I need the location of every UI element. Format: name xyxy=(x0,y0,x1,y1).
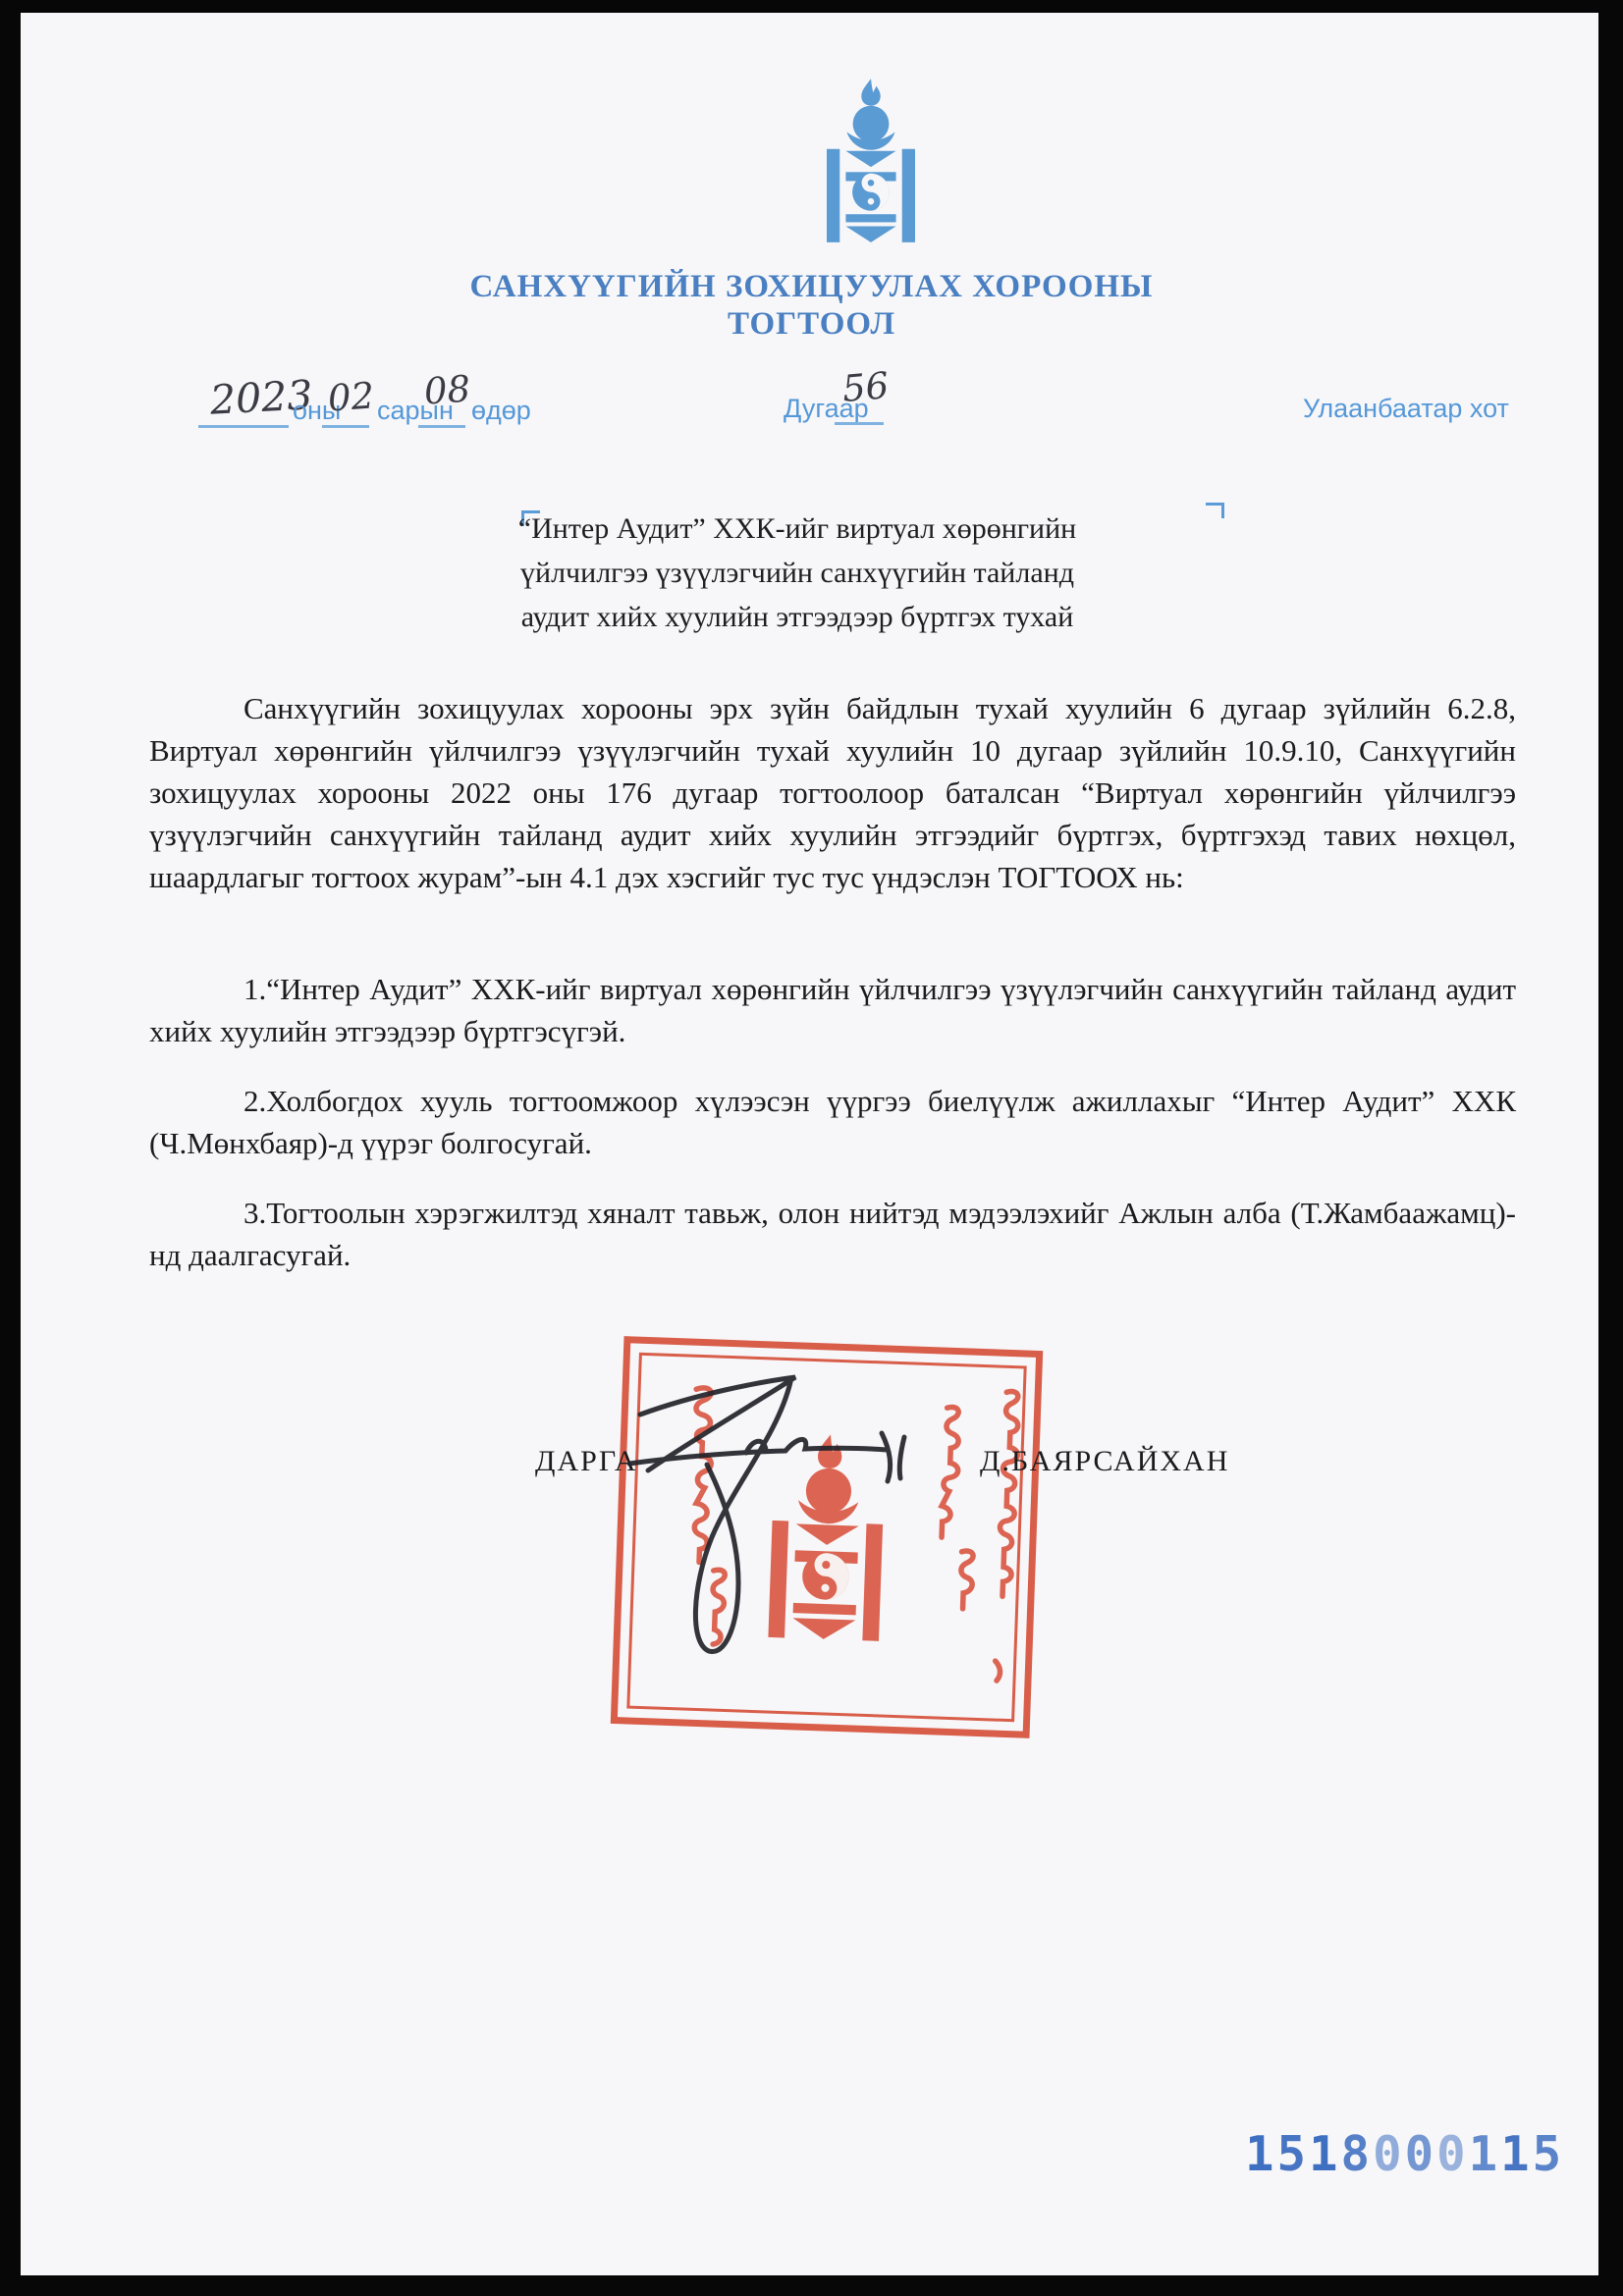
year-underline xyxy=(198,425,289,428)
body-paragraph-item1: 1.“Интер Аудит” ХХК-ийг виртуал хөрөнгий… xyxy=(149,968,1516,1052)
city-label: Улаанбаатар хот xyxy=(1303,394,1509,424)
number-value: 56 xyxy=(840,364,891,410)
body-paragraph-item2: 2.Холбогдох хууль тогтоомжоор хүлээсэн ү… xyxy=(149,1080,1516,1164)
day-label: өдөр xyxy=(471,396,531,426)
soyombo-emblem-icon xyxy=(827,78,915,242)
body-paragraph-preamble: Санхүүгийн зохицуулах хорооны эрх зүйн б… xyxy=(149,687,1516,898)
body-paragraph-item3: 3.Тогтоолын хэрэгжилтэд хяналт тавьж, ол… xyxy=(149,1192,1516,1276)
signature-name: Д.БАЯРСАЙХАН xyxy=(980,1445,1229,1478)
registration-digit: 1 xyxy=(1309,2126,1341,2182)
registration-digit: 0 xyxy=(1436,2126,1469,2182)
number-underline xyxy=(835,422,884,425)
org-title-line1: САНХҮҮГИЙН ЗОХИЦУУЛАХ ХОРООНЫ xyxy=(0,269,1623,305)
scanned-document-page: САНХҮҮГИЙН ЗОХИЦУУЛАХ ХОРООНЫ ТОГТООЛ 20… xyxy=(0,0,1623,2296)
corner-bracket-right-icon xyxy=(1206,503,1224,518)
date-month-value: 02 xyxy=(327,374,376,419)
registration-digit: 0 xyxy=(1405,2126,1437,2182)
registration-digit: 1 xyxy=(1500,2126,1533,2182)
day-underline xyxy=(418,425,465,428)
registration-digit: 1 xyxy=(1469,2126,1501,2182)
registration-digit: 0 xyxy=(1373,2126,1405,2182)
registration-digit: 8 xyxy=(1341,2126,1374,2182)
org-title-line2: ТОГТООЛ xyxy=(0,306,1623,343)
subject-block: “Интер Аудит” ХХК-ийг виртуал хөрөнгийн … xyxy=(463,507,1131,639)
registration-digit: 1 xyxy=(1245,2126,1277,2182)
month-underline xyxy=(322,425,369,428)
subject-line1: “Интер Аудит” ХХК-ийг виртуал хөрөнгийн xyxy=(463,507,1131,551)
registration-digit: 5 xyxy=(1533,2126,1565,2182)
subject-line3: аудит хийх хуулийн этгээдээр бүртгэх тух… xyxy=(463,595,1131,639)
registration-number-stamp: 1518000115 xyxy=(1245,2126,1564,2182)
signature-ink-icon xyxy=(550,1355,962,1688)
subject-line2: үйлчилгээ үзүүлэгчийн санхүүгийн тайланд xyxy=(463,551,1131,595)
date-day-value: 08 xyxy=(423,367,472,412)
registration-digit: 5 xyxy=(1277,2126,1310,2182)
